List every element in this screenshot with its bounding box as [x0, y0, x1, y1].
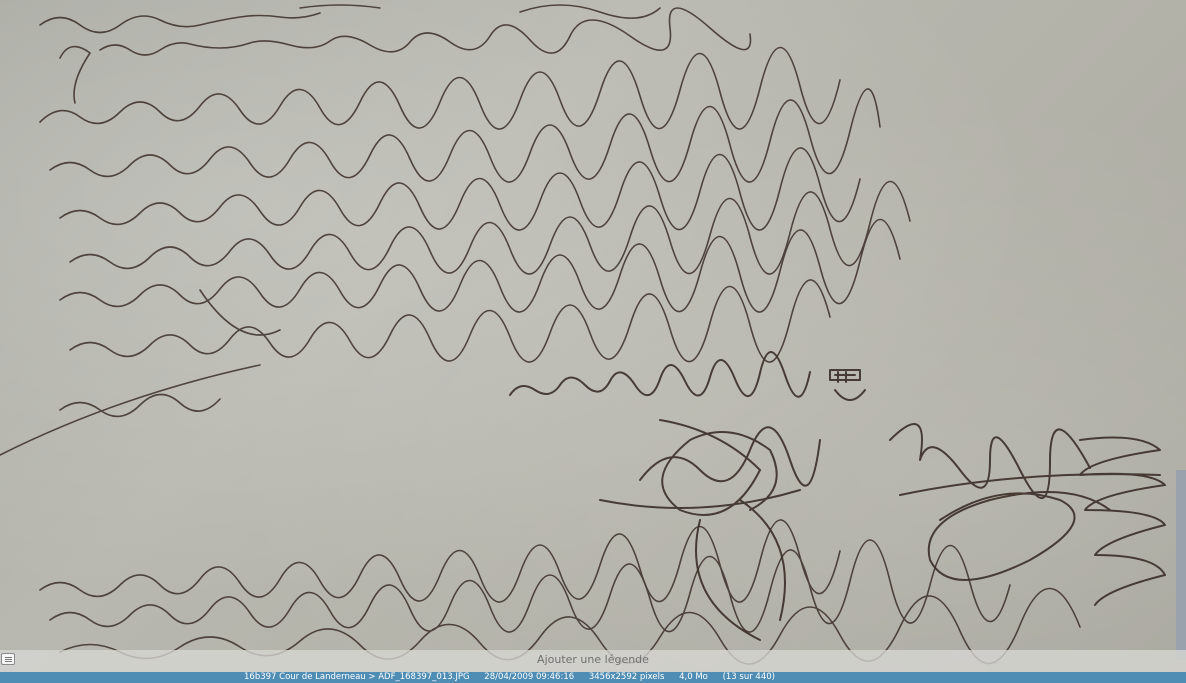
caption-bar: Ajouter une légende [0, 650, 1186, 672]
image-position: (13 sur 440) [723, 672, 775, 682]
add-caption-input[interactable]: Ajouter une légende [0, 653, 1186, 666]
handwriting-ink [0, 0, 1186, 672]
file-path: 16b397 Cour de Landerneau > ADF_168397_0… [244, 672, 470, 682]
status-bar: 16b397 Cour de Landerneau > ADF_168397_0… [0, 672, 1186, 683]
image-dimensions: 3456x2592 pixels [589, 672, 665, 682]
file-size: 4,0 Mo [679, 672, 708, 682]
file-datetime: 28/04/2009 09:46:16 [484, 672, 574, 682]
image-viewer[interactable] [0, 0, 1186, 672]
